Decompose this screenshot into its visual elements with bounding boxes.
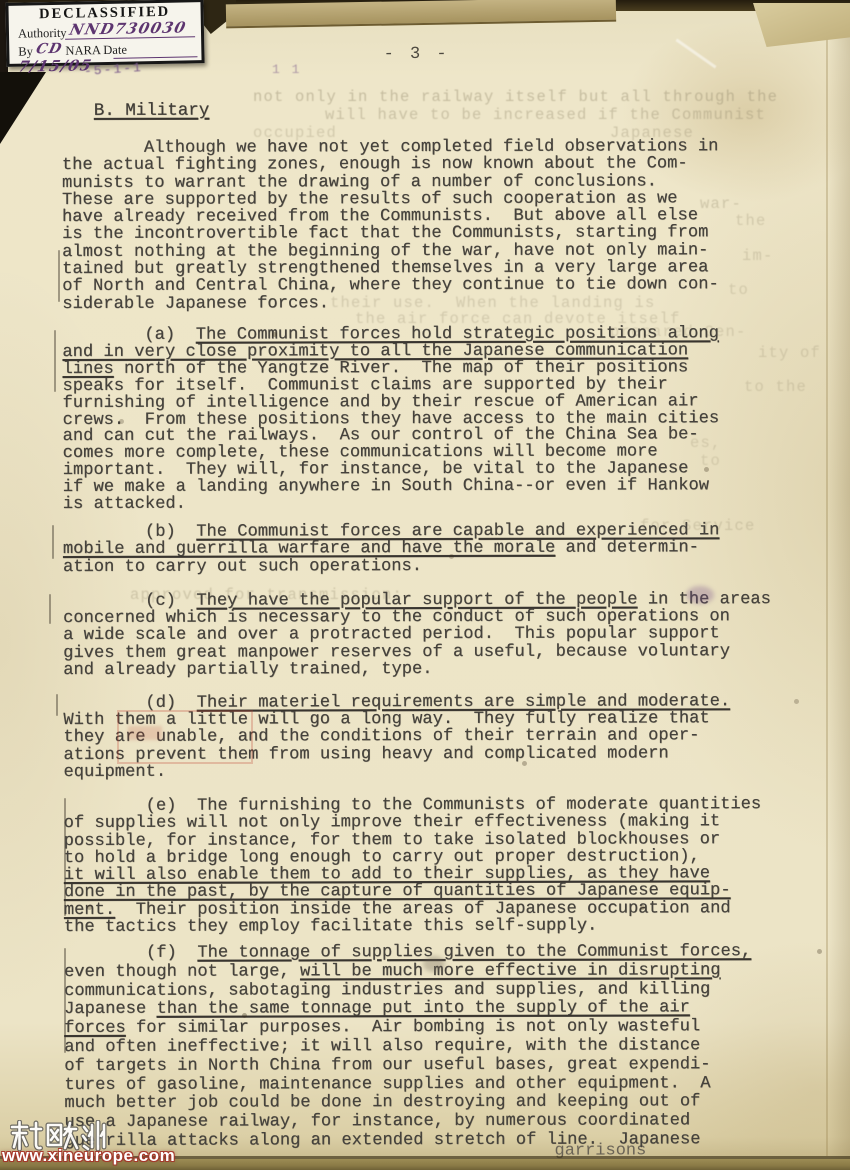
ink-smudge — [423, 956, 445, 972]
date-handwritten-value: 7/15/05 — [17, 56, 95, 75]
typed-text-layer: - 3 - B. Military garrisons Although we … — [0, 0, 850, 1170]
date-underline — [113, 56, 197, 59]
authority-label: Authority — [18, 26, 67, 41]
paragraph-intro: Although we have not yet completed field… — [62, 138, 719, 313]
authority-handwritten-value: NND730030 — [68, 18, 189, 38]
stamp-by-row: By CD NARA Date 7/15/05 — [9, 40, 201, 64]
typed-line: the tactics they employ facilitate this … — [64, 917, 762, 936]
typed-line: ation to carry out such operations. — [63, 557, 720, 576]
typed-line: of North and Central China, where they c… — [62, 277, 719, 296]
watermark-url: www.xineurope.com — [2, 1146, 175, 1166]
paragraph-point-e: (e) The furnishing to the Communists of … — [64, 796, 762, 936]
typed-line: siderable Japanese forces. — [62, 294, 719, 313]
typed-line: is attacked. — [63, 495, 720, 514]
scanned-document-page: not only in the railway itself but all t… — [0, 0, 850, 1170]
paragraph-point-f: (f) The tonnage of supplies given to the… — [64, 943, 752, 1152]
paragraph-point-a: (a) The Communist forces hold strategic … — [62, 326, 719, 514]
section-heading-text: B. Military — [94, 101, 210, 121]
paragraph-point-b: (b) The Communist forces are capable and… — [63, 522, 720, 576]
page-number: - 3 - — [384, 45, 450, 64]
nara-date-label: NARA Date — [65, 43, 127, 58]
by-handwritten-initials: CD — [34, 41, 64, 58]
typed-line: equipment. — [63, 762, 730, 781]
ink-smudge — [686, 586, 714, 604]
section-heading: B. Military — [94, 101, 210, 121]
faded-red-stamp-mark — [128, 726, 162, 740]
typed-line: and already partially trained, type. — [63, 660, 771, 679]
declassified-stamp: DECLASSIFIED Authority NND730030 By CD N… — [5, 0, 204, 67]
paragraph-point-c: (c) They have the popular support of the… — [63, 591, 771, 679]
